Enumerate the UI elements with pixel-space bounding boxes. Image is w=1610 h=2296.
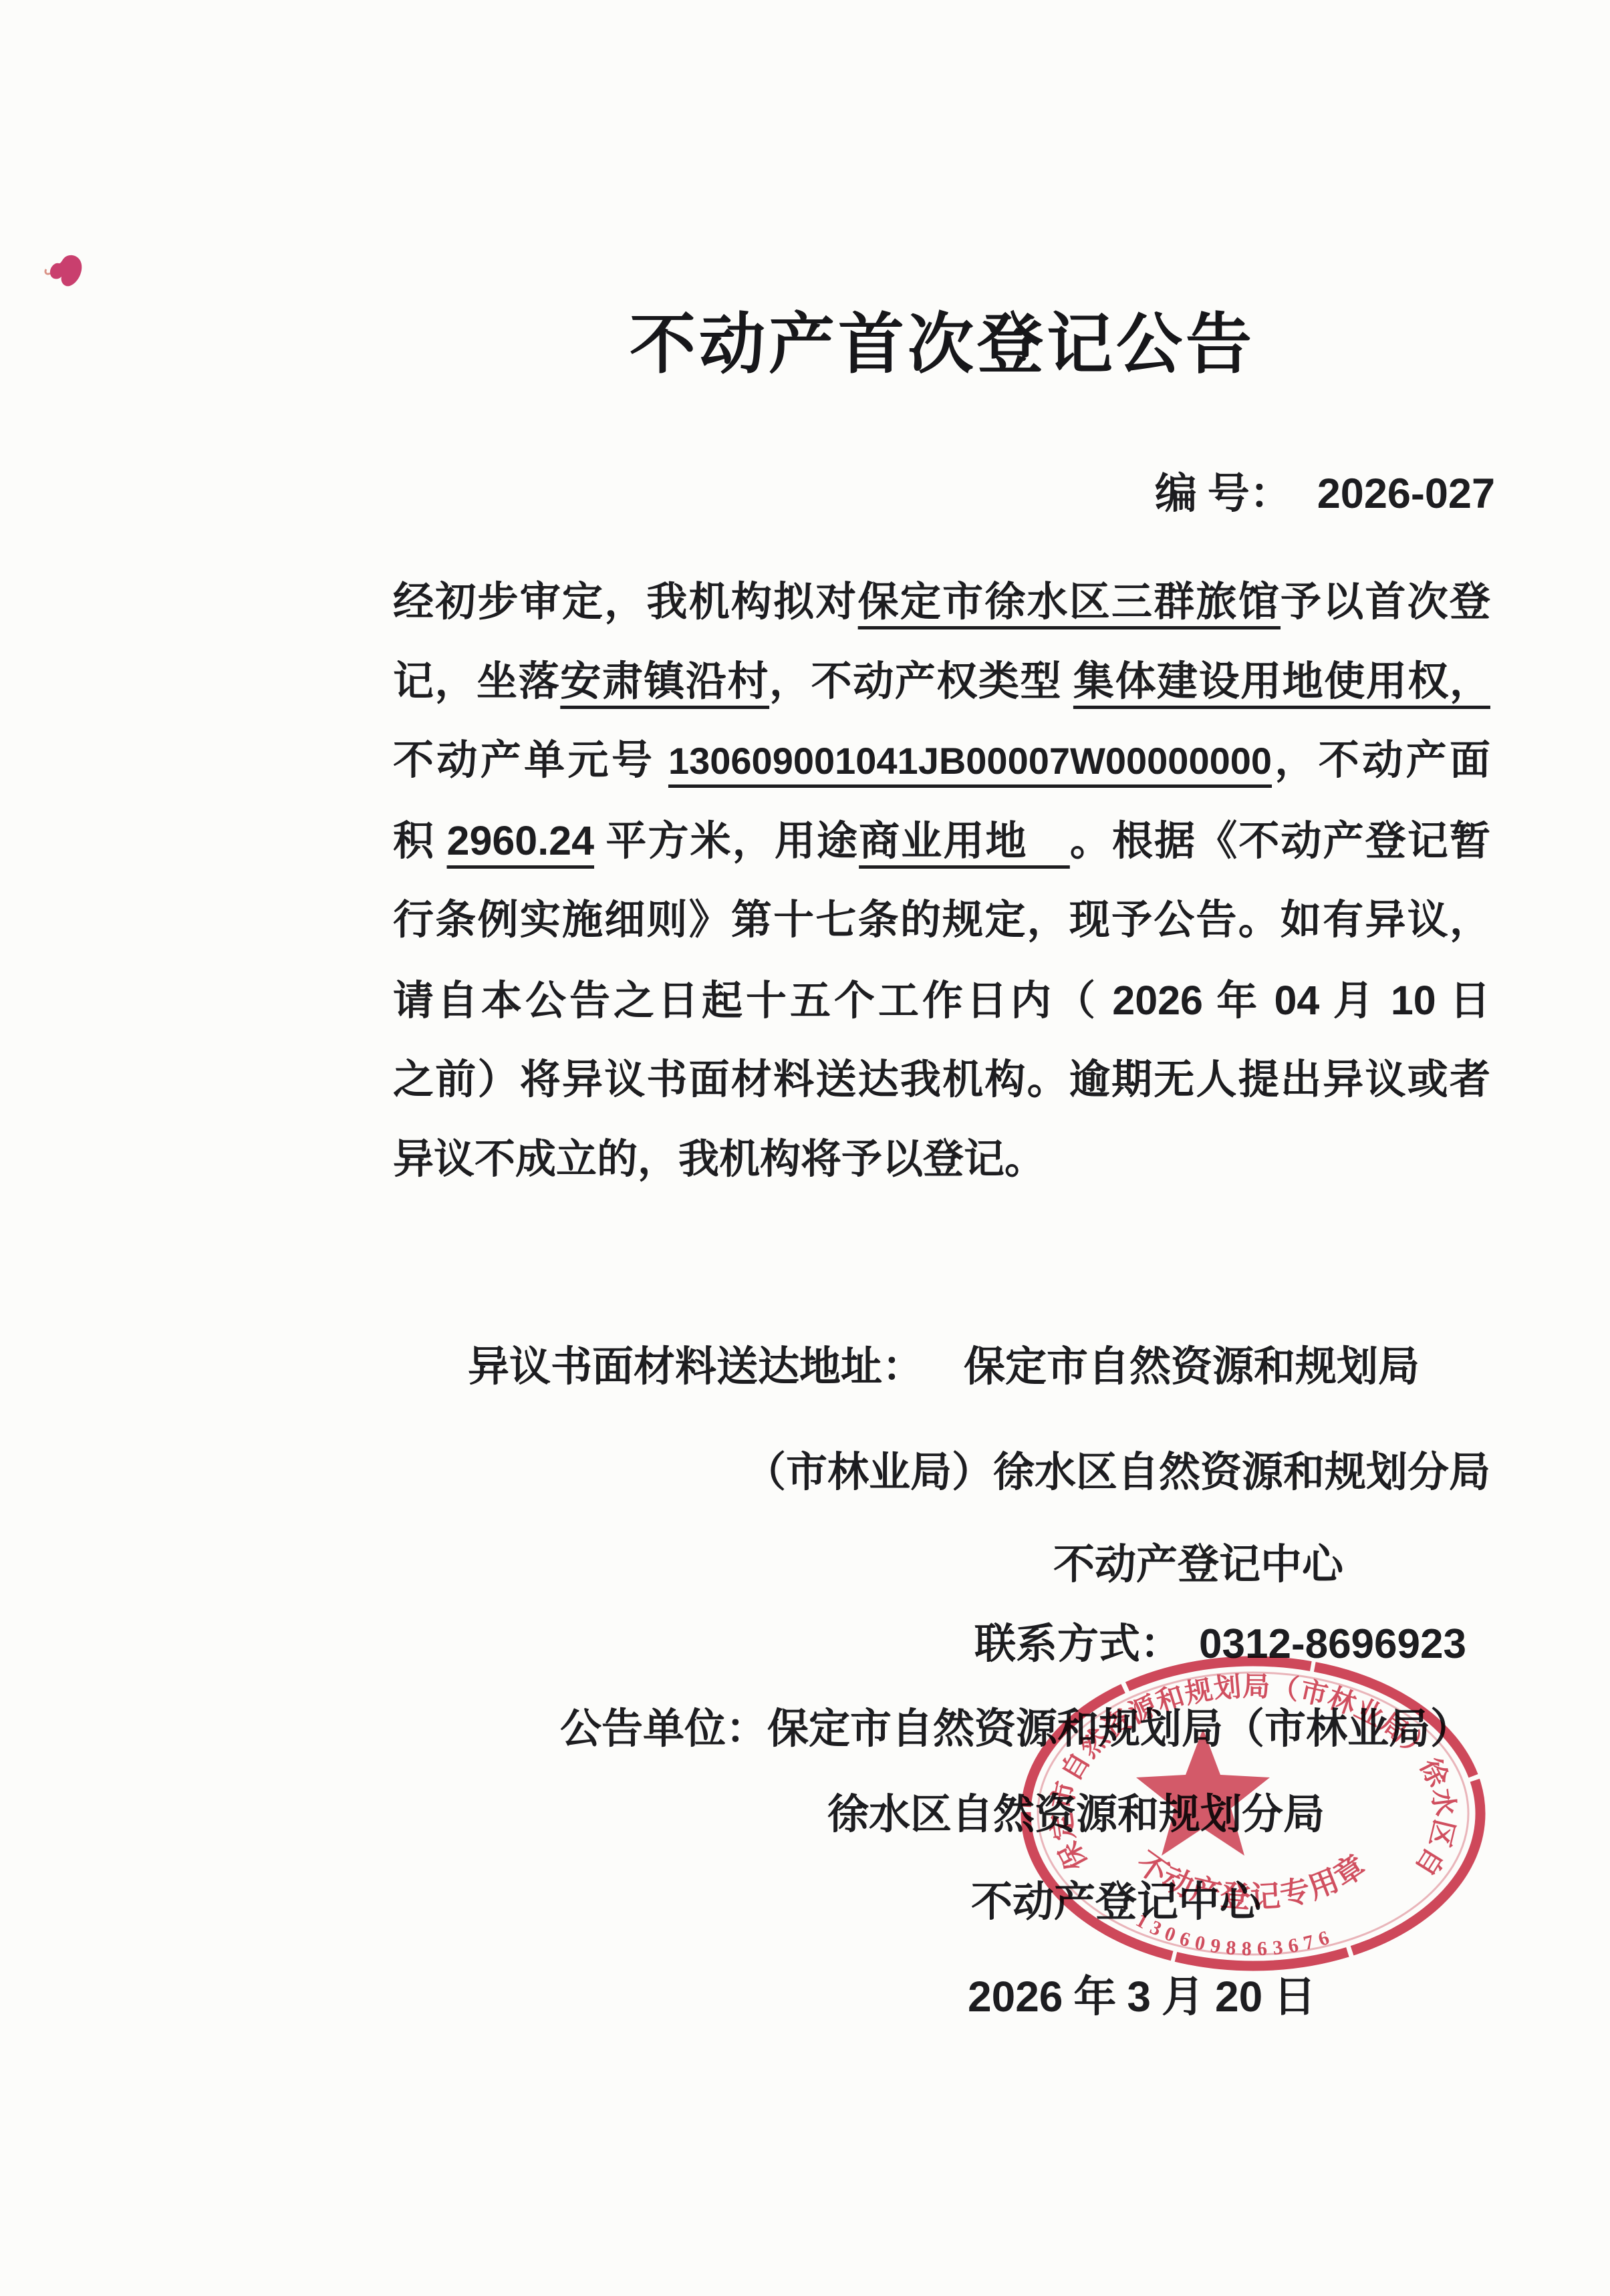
underlined-value-right-type: 集体建设用地使用权， — [1073, 660, 1490, 704]
ink-smudge-mark — [41, 249, 95, 302]
doc-number-value: 2026-027 — [1317, 470, 1495, 517]
body-line: 之前）将异议书面材料送达我机构。逾期无人提出异议或者 — [393, 1041, 1490, 1121]
doc-number-line: 编 号：2026-027 — [1155, 460, 1495, 521]
underlined-value-unit-number: 130609001041JB00007W00000000 — [668, 740, 1272, 782]
body-line: 经初步审定，我机构拟对保定市徐水区三群旅馆予以首次登 — [393, 563, 1490, 643]
address-value-1: 保定市自然资源和规划局 — [964, 1344, 1420, 1390]
address-line-3: 不动产登记中心 — [1053, 1531, 1343, 1590]
underlined-value-area: 2960.24 — [447, 818, 595, 863]
underlined-value-location: 安肃镇沿村 — [560, 660, 769, 704]
body-line: 不动产单元号 130609001041JB00007W00000000，不动产面 — [393, 722, 1490, 801]
body-paragraph: 经初步审定，我机构拟对保定市徐水区三群旅馆予以首次登 记，坐落安肃镇沿村，不动产… — [393, 563, 1490, 1199]
document-page: 不动产首次登记公告 编 号：2026-027 经初步审定，我机构拟对保定市徐水区… — [0, 0, 1610, 2296]
underlined-value-usage: 商业用地 — [859, 819, 1070, 864]
body-line: 异议不成立的，我机构将予以登记。 — [393, 1121, 1490, 1200]
address-label: 异议书面材料送达地址： — [468, 1344, 924, 1390]
underlined-value-owner: 保定市徐水区三群旅馆 — [858, 580, 1281, 625]
body-line: 请自本公告之日起十五个工作日内（ 2026 年 04 月 10 日 — [393, 961, 1490, 1042]
address-line-1: 异议书面材料送达地址：保定市自然资源和规划局 — [468, 1333, 1420, 1393]
doc-number-label: 编 号： — [1155, 470, 1292, 517]
deadline-year: 2026 — [1112, 978, 1203, 1023]
seal-star-icon — [1136, 1729, 1270, 1856]
seal-outer-ring — [1026, 1661, 1480, 1966]
svg-text:不动产登记专用章: 不动产登记专用章 — [1130, 1846, 1373, 1914]
official-seal: 保定市自然资源和规划局（市林业局）徐水区自然资源和规划分局 不动产登记专用章 1… — [1002, 1645, 1507, 1983]
page-title: 不动产首次登记公告 — [630, 291, 1255, 386]
body-line: 记，坐落安肃镇沿村，不动产权类型 集体建设用地使用权， — [393, 643, 1490, 722]
issuer-label: 公告单位： — [560, 1707, 767, 1752]
seal-bottom-text: 不动产登记专用章 — [1130, 1846, 1373, 1914]
address-line-2: （市林业局）徐水区自然资源和规划分局 — [745, 1439, 1490, 1498]
deadline-month: 04 — [1274, 978, 1319, 1023]
deadline-day: 10 — [1391, 978, 1436, 1023]
body-line: 行条例实施细则》第十七条的规定，现予公告。如有异议， — [393, 881, 1490, 961]
body-line: 积 2960.24 平方米，用途商业用地 。根据《不动产登记暂 — [393, 801, 1490, 882]
